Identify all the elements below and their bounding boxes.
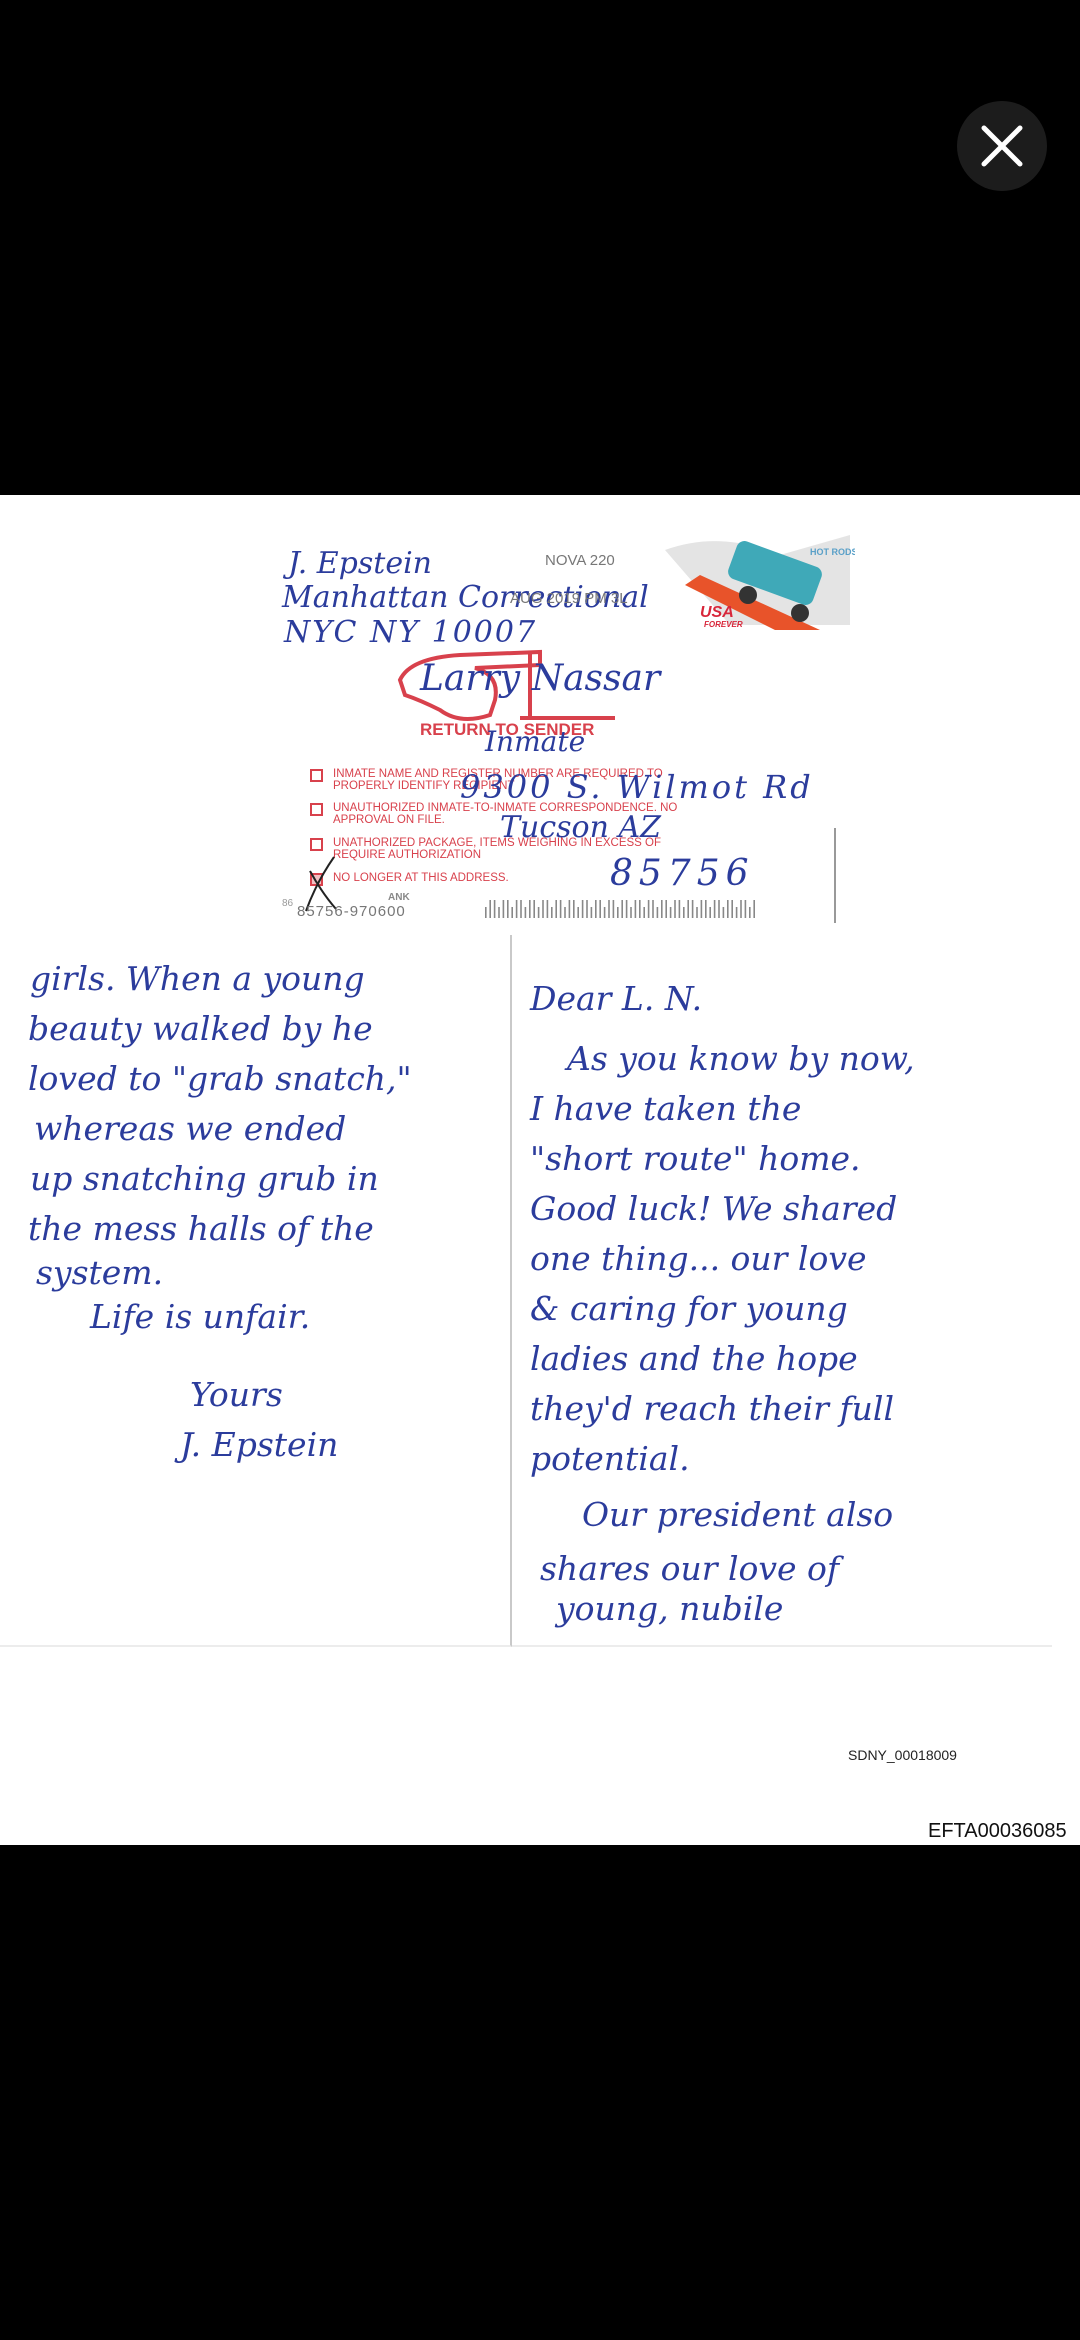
handwritten-line: girls. When a young — [30, 959, 365, 998]
handwritten-line: Good luck! We shared — [530, 1189, 897, 1228]
sender-name: J. Epstein — [288, 546, 432, 581]
sort-code: 86 — [282, 898, 293, 909]
handwritten-line: system. — [36, 1253, 163, 1292]
divider-line — [834, 828, 836, 923]
handwritten-line: As you know by now, — [567, 1039, 915, 1078]
recipient-title: Inmate — [485, 725, 585, 758]
letter-page-left: girls. When a youngbeauty walked by helo… — [0, 935, 512, 1647]
postmark-line1: NOVA 220 — [545, 552, 615, 569]
close-x-icon — [957, 101, 1047, 191]
handwritten-line: Dear L. N. — [530, 979, 702, 1018]
handwritten-line: one thing... our love — [530, 1239, 867, 1278]
recipient-zip: 85756 — [610, 853, 755, 894]
handwritten-line: shares our love of — [540, 1549, 839, 1588]
postcard-address-side: J. Epstein Manhattan Correctional NYC NY… — [280, 510, 850, 930]
svg-text:HOT RODS: HOT RODS — [810, 547, 855, 557]
document-image: J. Epstein Manhattan Correctional NYC NY… — [0, 495, 1080, 1845]
handwritten-line: & caring for young — [530, 1289, 848, 1328]
handwritten-line: whereas we ended — [34, 1109, 346, 1148]
handwritten-line: they'd reach their full — [530, 1389, 894, 1428]
postmark-line2: AUG 2019 PM 3L — [510, 590, 628, 607]
handwritten-line: up snatching grub in — [30, 1159, 379, 1198]
handwritten-line: beauty walked by he — [28, 1009, 373, 1048]
recipient-street: 9300 S. Wilmot Rd — [460, 768, 814, 806]
handwritten-line: Our president also — [582, 1495, 893, 1534]
handwritten-line: ladies and the hope — [530, 1339, 858, 1378]
checkbox-icon — [310, 803, 323, 816]
handwritten-line: young, nubile — [556, 1589, 783, 1628]
ank-mark: ANK — [388, 892, 410, 903]
bates-number-sdny: SDNY_00018009 — [848, 1747, 957, 1763]
checkbox-icon — [310, 769, 323, 782]
handwritten-line: potential. — [530, 1439, 690, 1478]
letter-page-right: Dear L. N.As you know by now,I have take… — [512, 935, 1052, 1647]
recipient-name: Larry Nassar — [420, 658, 660, 699]
bates-number-efta: EFTA00036085 — [928, 1820, 1067, 1843]
handwritten-line: J. Epstein — [180, 1425, 338, 1464]
handwritten-line: Life is unfair. — [90, 1297, 310, 1336]
handwritten-line: the mess halls of the — [28, 1209, 374, 1248]
postal-barcode-icon — [485, 900, 760, 918]
svg-text:FOREVER: FOREVER — [704, 620, 743, 629]
checkbox-icon — [310, 838, 323, 851]
handwritten-line: loved to "grab snatch," — [28, 1059, 412, 1098]
barcode-number: 85756-970600 — [297, 903, 406, 920]
forever-stamp-icon: HOT RODS USA FOREVER — [660, 525, 855, 635]
handwritten-line: I have taken the — [530, 1089, 801, 1128]
handwritten-line: "short route" home. — [530, 1139, 861, 1178]
close-button[interactable] — [957, 101, 1047, 191]
recipient-city: Tucson AZ — [500, 810, 661, 845]
handwritten-line: Yours — [190, 1375, 283, 1414]
svg-text:USA: USA — [700, 604, 734, 621]
